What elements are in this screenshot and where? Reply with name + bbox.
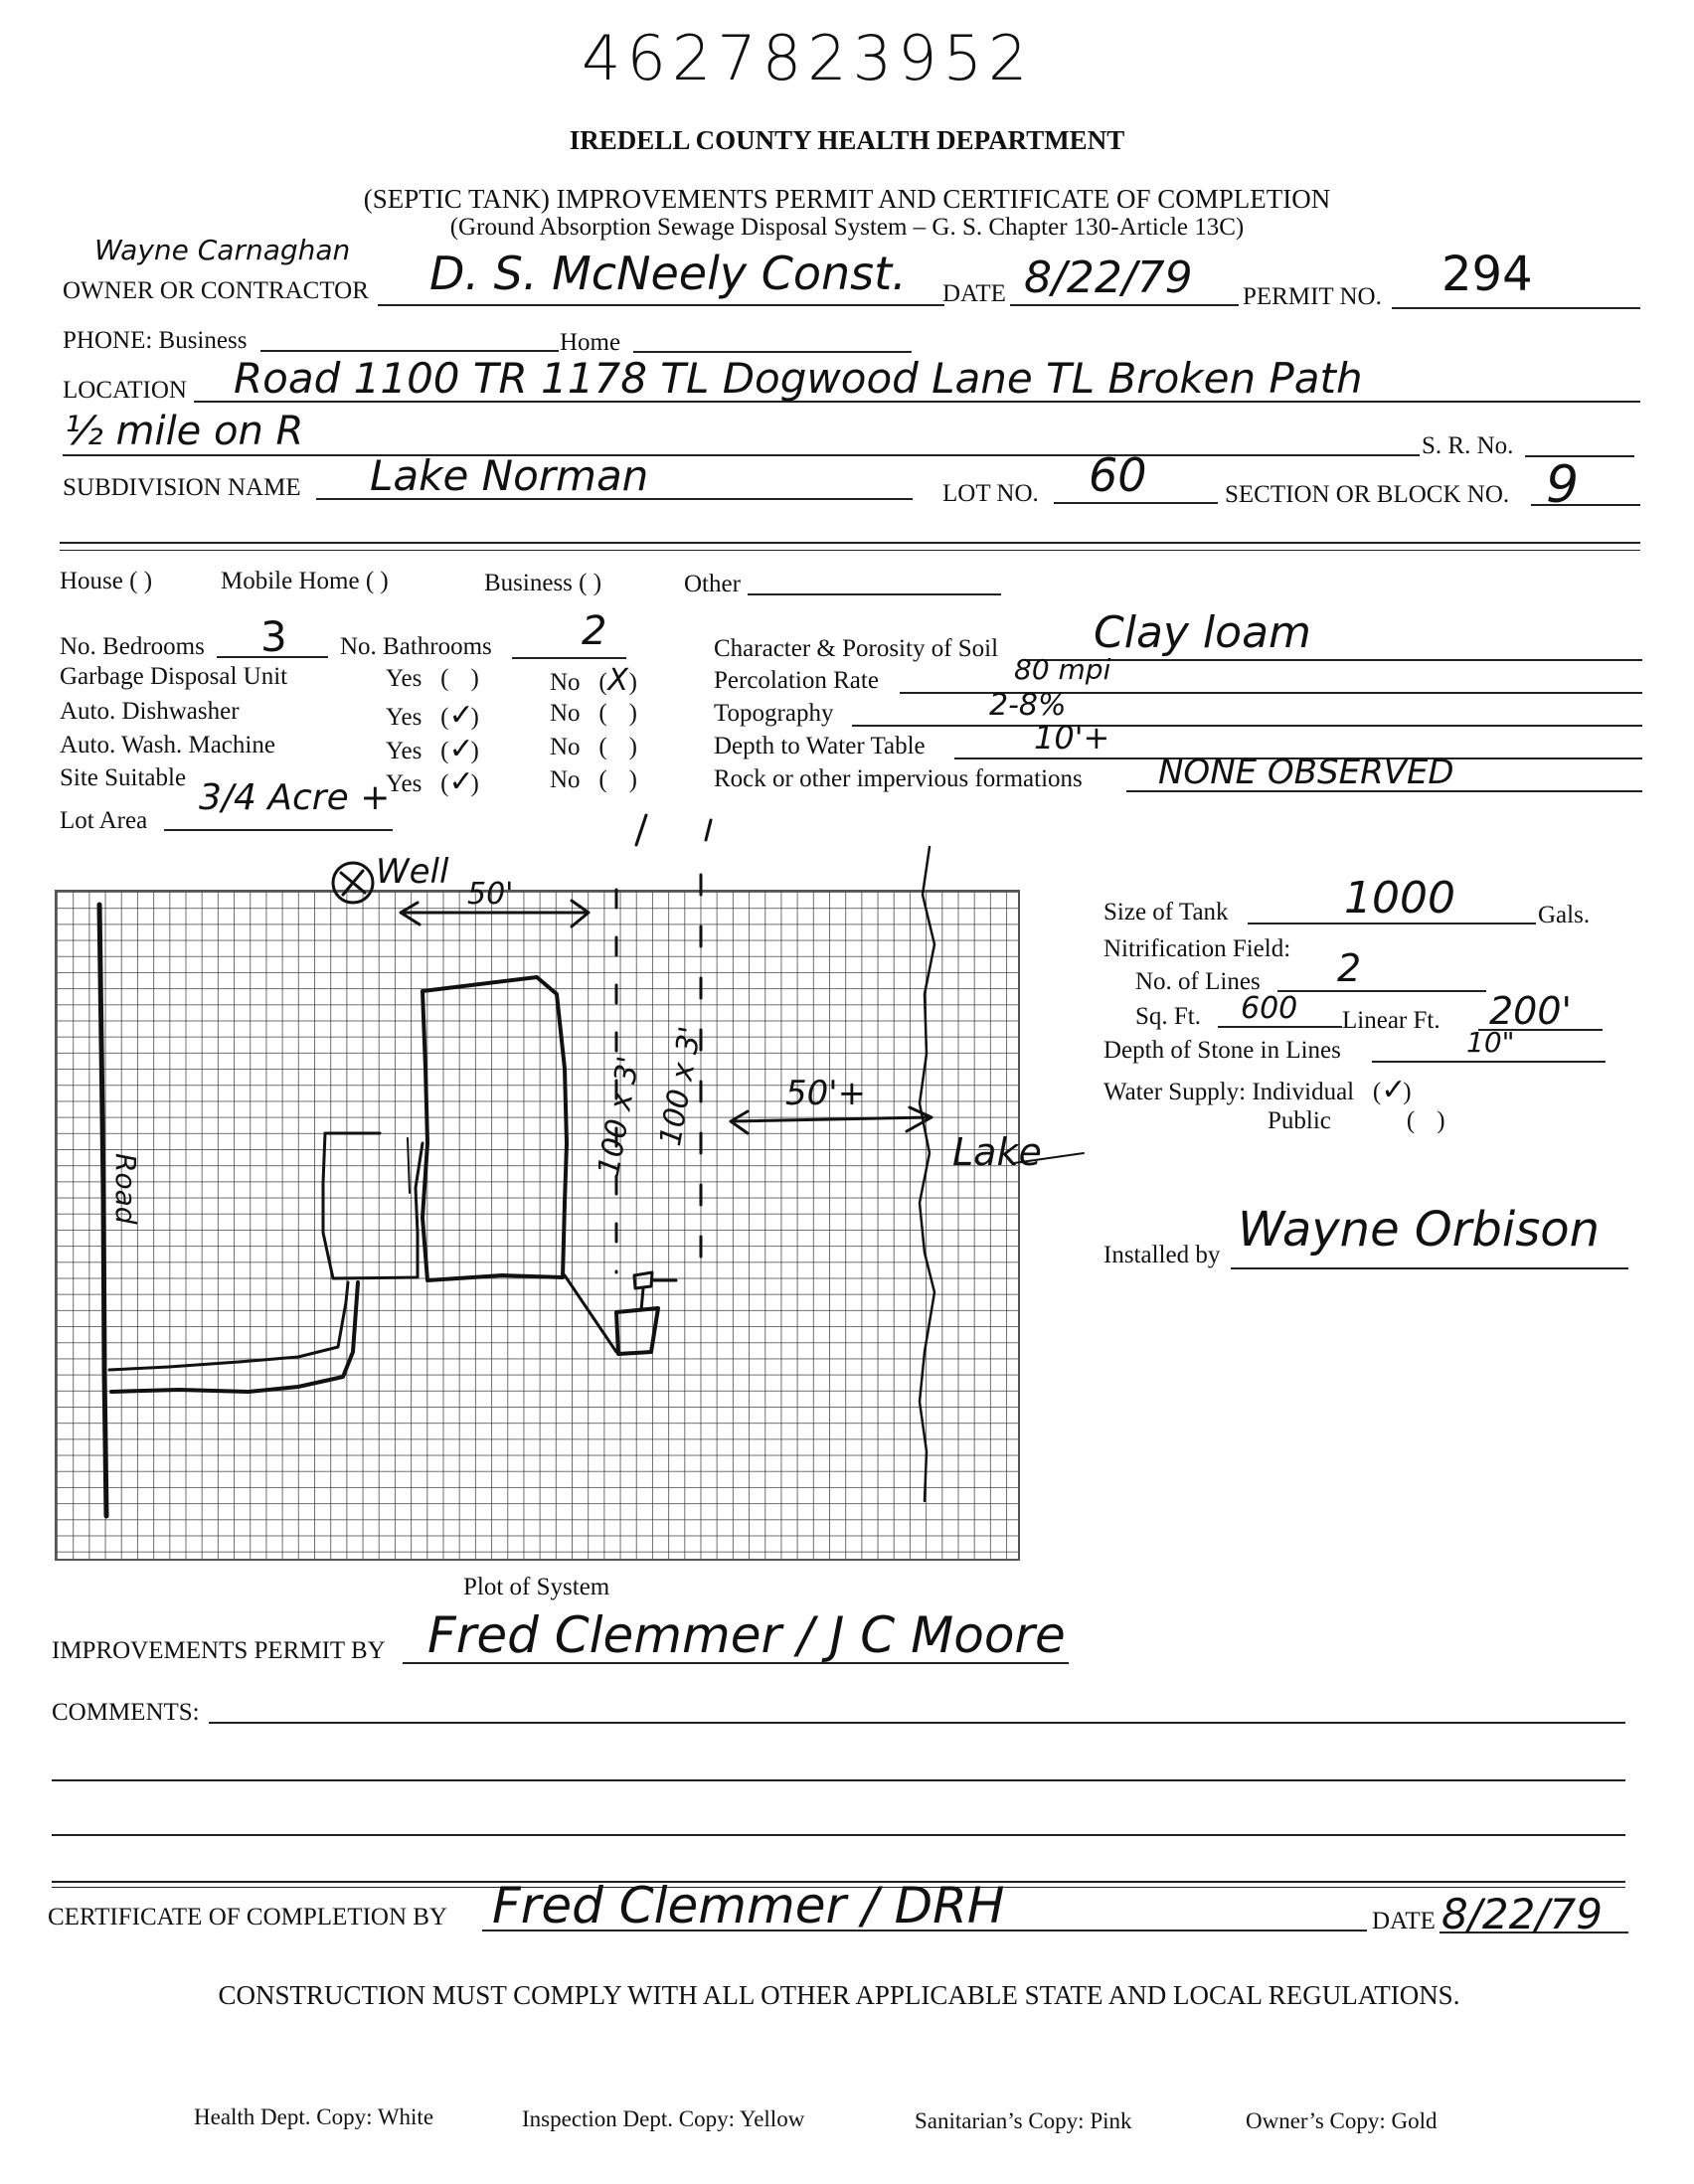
linear-ft-field[interactable]: 200' bbox=[1489, 992, 1572, 1030]
comments-label: COMMENTS: bbox=[52, 1700, 200, 1725]
road-label: Road bbox=[111, 1153, 139, 1225]
improvements-permit-label: IMPROVEMENTS PERMIT BY bbox=[52, 1638, 386, 1663]
compliance-notice: CONSTRUCTION MUST COMPLY WITH ALL OTHER … bbox=[0, 1980, 1686, 2011]
tank-size-field[interactable]: 1000 bbox=[1344, 877, 1455, 921]
installed-by-field[interactable]: Wayne Orbison bbox=[1238, 1206, 1600, 1254]
stone-depth-label: Depth of Stone in Lines bbox=[1103, 1038, 1341, 1063]
tank-unit-label: Gals. bbox=[1538, 903, 1590, 927]
road-line bbox=[99, 905, 106, 1516]
plot-caption: Plot of System bbox=[463, 1575, 609, 1599]
sq-ft-field[interactable]: 600 bbox=[1241, 994, 1297, 1024]
septic-tank bbox=[616, 1308, 658, 1354]
water-supply-individual[interactable]: Water Supply: Individual (✓) bbox=[1103, 1076, 1412, 1105]
no-of-lines-field[interactable]: 2 bbox=[1337, 949, 1361, 987]
certificate-date-field[interactable]: 8/22/79 bbox=[1441, 1894, 1603, 1935]
well-label: Well bbox=[376, 855, 448, 889]
improvements-permit-field[interactable]: Fred Clemmer / J C Moore bbox=[427, 1610, 1066, 1660]
comments-line-2[interactable] bbox=[52, 1779, 1625, 1781]
stone-depth-field[interactable]: 10" bbox=[1466, 1029, 1515, 1057]
tank-size-label: Size of Tank bbox=[1103, 900, 1229, 924]
sq-ft-label: Sq. Ft. bbox=[1135, 1004, 1201, 1029]
certificate-field[interactable]: Fred Clemmer / DRH bbox=[492, 1881, 1004, 1931]
water-supply-public[interactable]: Public() bbox=[1268, 1108, 1445, 1133]
comments-line-1[interactable] bbox=[209, 1722, 1625, 1724]
house-outline bbox=[423, 977, 567, 1280]
copy-health-dept: Health Dept. Copy: White bbox=[194, 2105, 433, 2128]
lake-distance-label: 50'+ bbox=[785, 1077, 866, 1110]
lake-shoreline bbox=[920, 847, 934, 1501]
certificate-date-label: DATE bbox=[1372, 1909, 1436, 1933]
well-distance-label: 50' bbox=[467, 880, 513, 910]
individual-mark: ✓ bbox=[1381, 1076, 1403, 1105]
copy-owner: Owner’s Copy: Gold bbox=[1246, 2109, 1438, 2132]
certificate-label: CERTIFICATE OF COMPLETION BY bbox=[48, 1905, 447, 1930]
installed-by-label: Installed by bbox=[1103, 1243, 1220, 1267]
nitrification-field-label: Nitrification Field: bbox=[1103, 936, 1290, 961]
linear-ft-label: Linear Ft. bbox=[1342, 1008, 1440, 1033]
copy-sanitarian: Sanitarian’s Copy: Pink bbox=[915, 2109, 1132, 2132]
copy-inspection-dept: Inspection Dept. Copy: Yellow bbox=[522, 2107, 804, 2130]
lake-label: Lake bbox=[952, 1133, 1042, 1171]
comments-line-3[interactable] bbox=[52, 1834, 1625, 1836]
